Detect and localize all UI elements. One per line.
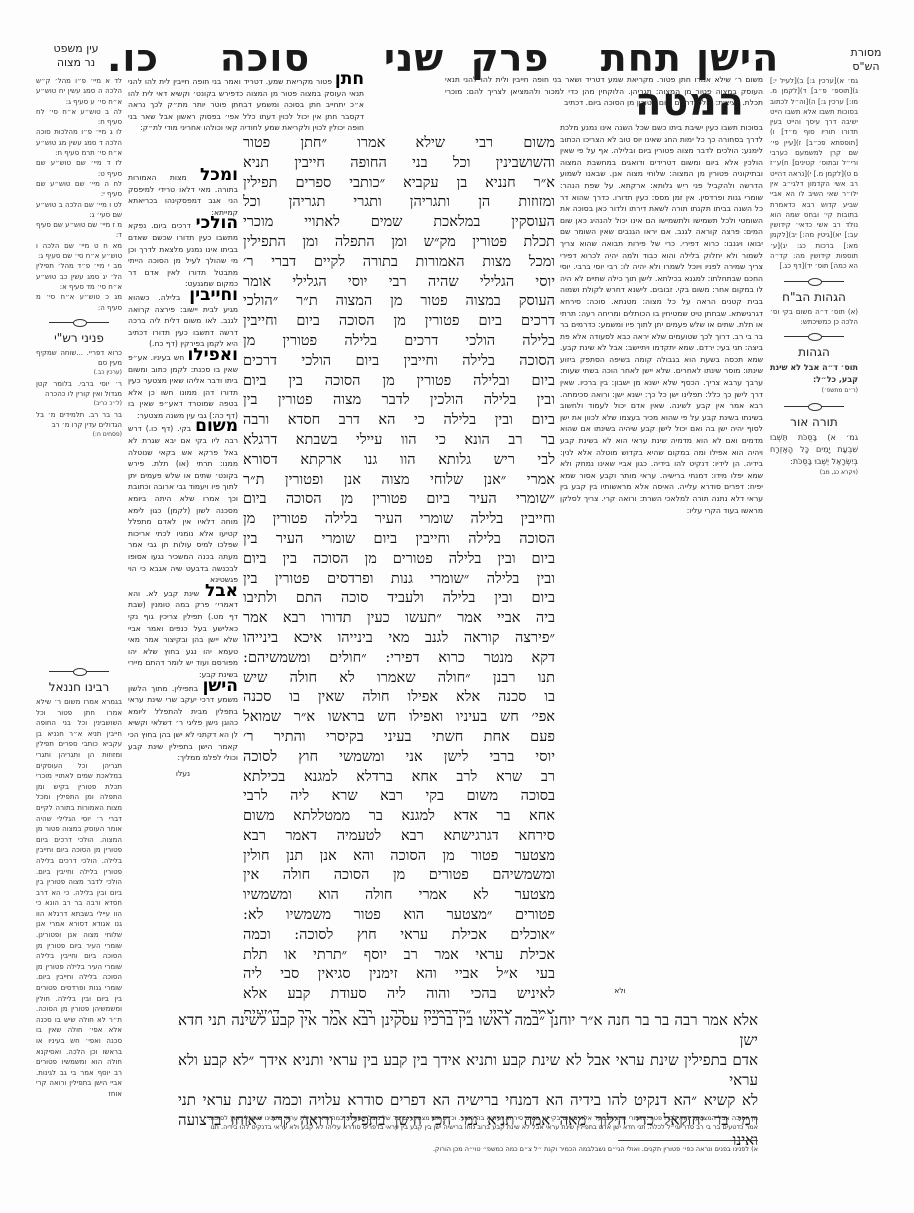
rabbeinu-chananel-title: רבינו חננאל <box>36 680 122 694</box>
bottom-note-line: מן הסוכה אבל המצטער הוא לבדו פטור. ואמרי… <box>178 1114 758 1123</box>
gemara-line: בו סכנה אלא אפילו חולה שאין בו סכנה <box>243 688 555 708</box>
torah-or-source: (ויקרא כג, מב) <box>770 468 858 478</box>
gemara-line: העוסק במצוה פטור מן המצוה ת״ר ״הולכי <box>243 292 555 312</box>
gemara-text: משום רבי שילא אמרו ״חתן פטורוהשושבינין ו… <box>243 134 555 1014</box>
tosafot-text: בסוכות תשבו כעין ישיבת ביתו כשם שכל השנה… <box>560 122 763 516</box>
gemara-line: ״שומרי העיר ביום פטורין מן הסוכה ביום <box>243 490 555 510</box>
gemara-line: אכילת עראי אמר רב יוסף ״תרתי או תלת <box>243 946 555 966</box>
ein-mishpat-entry: מ ז מיי׳ שם טוש״ע שם סעיף ד: <box>36 220 122 241</box>
gemara-line: בלילה הולכי דרכים בלילה פטורין מן <box>243 332 555 352</box>
ein-mishpat-entry: לח ה מיי׳ שם טוש״ע שם סעיף י: <box>36 179 122 200</box>
tosafot-end-word: ולא <box>600 985 640 997</box>
gemara-line: בסוכה משום בקי רבא שרא ליה לרבי <box>243 787 555 807</box>
gemara-line: והשושבינין וכל בני החופה חייבין תניא <box>243 154 555 174</box>
ein-mishpat-entry: לט ו מיי׳ שם הלכה ב טוש״ע שם סעי׳ ג: <box>36 200 122 221</box>
rashi-gloss-title: פניני רש"י <box>36 331 122 345</box>
gemara-column: משום רבי שילא אמרו ״חתן פטורוהשושבינין ו… <box>243 134 555 1014</box>
hagahot-title: הגהות <box>770 345 858 359</box>
rashi-section: אבל שינת קבע לא. והא דאמרי׳ פרק במה טומנ… <box>128 586 238 681</box>
rashi-end-word: נעלו <box>128 768 238 780</box>
rabbeinu-chananel-column: רבינו חננאל בגמרא אמרו משום ר׳ שילא אמרו… <box>36 662 122 1100</box>
ornament-divider <box>49 319 109 325</box>
rashi-section: משום בקי. (דף כו.) דרש רבה ליו בקי אם יב… <box>128 421 238 585</box>
masoret-hashas-column: גמ׳ א)[ערכין ג:] ב)[לעיל י:] ג)[תוספ׳ פ״… <box>770 76 858 478</box>
ein-mishpat-column: לד א מיי׳ פ״ו מהל׳ ק״ש הלכה ה סמג עשין י… <box>36 76 122 441</box>
gemara-line: ביום ובין בלילה פטורים מן הסוכה בין ביום <box>243 550 555 570</box>
ein-mishpat-entry: לו ג מיי׳ פ״ו מהלכות סוכה הלכה ד סמג עשי… <box>36 127 122 158</box>
gemara-line: לבי ריש גלותא הוו גנו ארקתא דסורא <box>243 451 555 471</box>
gemara-line: רב שרא לרב אחא ברדלא למגנא בכילתא <box>243 768 555 788</box>
hagahot-bach-text: (א) תוס׳ ד״ה משום בקי וס׳ הלכה כן כמשיכת… <box>770 307 858 328</box>
rashi-column: חתן פטור מקריאת שמע. דטריד ואמר בני חופה… <box>128 74 364 134</box>
ein-mishpat-entry: מג כ טוש״ע א״ח סי׳ מ סעיף ה: <box>36 292 122 313</box>
gemara-line: בעי א״ל אביי והא זימנין סגיאין סבי ליה <box>243 965 555 985</box>
gemara-line: משום רבי שילא אמרו ״חתן פטור <box>243 134 555 154</box>
gemara-line: ״פירצה קוראה לגנב מאי בינייהו איכא ביניי… <box>243 629 555 649</box>
rabbeinu-chananel-text: בגמרא אמרו משום ר׳ שילא אמרו חתן פטור וכ… <box>36 697 122 1100</box>
gemara-line: מצטער פטור מן הסוכה והא אנן תנן חולין <box>243 847 555 867</box>
hagahot-text: תוס׳ ד״ה אבל לא שינת קבע, כל״ל: <box>770 362 858 386</box>
gemara-line: ומזוזות הן ותגריהן ותגרי תגריהן וכל <box>243 193 555 213</box>
gemara-line: הסוכה בלילה וחייבין ביום הולכי דרכים <box>243 352 555 372</box>
rashi-section: וחייבין בלילה. כשהוא מגיע לבית יישוב: פי… <box>128 290 238 350</box>
rashi-section: הישן בתפילין. מתוך הלשון משמע דרכי יעקב … <box>128 681 238 764</box>
gemara-line: יוסי ברבי לישן אני ומשמשי חוץ לסוכה <box>243 748 555 768</box>
ein-mishpat-entry: לד א מיי׳ פ״ו מהל׳ ק״ש הלכה ה סמג עשין י… <box>36 76 122 107</box>
gemara-line: ומכל מצות האמורות בתורה לקיים דברי ר׳ <box>243 253 555 273</box>
gemara-line: מצטער לא אמרי חולה הוא ומשמשיו <box>243 886 555 906</box>
gemara-line: בר רב הונא כי הוו עיילי בשבתא דרגלא <box>243 431 555 451</box>
gemara-line: לאיניש בהכי והוה ליה סעודת קבע אלא <box>243 985 555 1005</box>
footnote: א) לפנינו בפנים ונראה כפי׳ פטורין תקנים.… <box>178 1145 758 1154</box>
gemara-line: הסוכה בלילה וחייבין ביום שומרי העיר בין <box>243 530 555 550</box>
ein-mishpat-entry: לה ב טוש״ע א״ח סי׳ לח סעיף ח: <box>36 107 122 128</box>
hagahot-note: (ר״ם מתשפ׳) <box>770 386 858 396</box>
torah-or-text: גמ׳ א) בַּסֻּכֹּת תֵּשְׁבוּ שִׁבְעַת יָמ… <box>770 432 858 468</box>
masoret-hashas-title: מסורת הש"ס <box>836 46 896 74</box>
rashi-section: הולכי דרכים ביום. נפקא מתשבו כעין תדורו … <box>128 218 238 290</box>
gemara-line: אחא בר אדא למגנא בר ממטללתא משום <box>243 807 555 827</box>
torah-or-title: תורה אור <box>770 415 858 429</box>
gemara-line: ובין בלילה הולכין לדבר מצוה פטורין בין <box>243 391 555 411</box>
rashi-column-narrow: ומכל מצות האמורות בתורה. מאי דלאו טרידי … <box>128 170 238 779</box>
gemara-line: תכלת פטורין מק״ש ומן התפלה ומן התפילין <box>243 233 555 253</box>
tosafot-column: בסוכות תשבו כעין ישיבת ביתו כשם שכל השנה… <box>560 122 763 992</box>
ornament-divider <box>784 278 844 284</box>
gemara-line: אפי׳ חש בעיניו ואפילו חש בראשו א״ר שמואל <box>243 708 555 728</box>
gemara-line: אמרי ״אנן שלוחי מצוה אנן ופטורין ת״ר <box>243 471 555 491</box>
gemara-line: ביום ובין בלילה כי הא דרב חסדא ורבה <box>243 411 555 431</box>
rashi-section: ואפילו חש בעיניו. אע״פ שאין בו סכנת: לקמ… <box>128 350 238 422</box>
ein-mishpat-title: עין משפט נר מצוה <box>36 42 116 70</box>
ein-mishpat-entry: מב י מיי׳ פ״ד מהל׳ תפילין הל׳ יג סמג עשי… <box>36 261 122 292</box>
gemara-line: ומשמשיהם פטורים מן הסוכה חולה אין <box>243 866 555 886</box>
bottom-note-line: אמר כדטעים בר בי רב סדר וגי״ל לכלה. תני … <box>178 1123 758 1132</box>
gemara-line: וחייבין בלילה שומרי העיר בלילה פטורין מן <box>243 510 555 530</box>
gemara-line: תנו רבנן ״חולה שאמרו לא חולה שיש <box>243 669 555 689</box>
gemara-line: ביום ובלילה פטורין מן הסוכה בין ביום <box>243 372 555 392</box>
gemara-line: ״אוכלים אכילת עראי חוץ לסוכה: וכמה <box>243 926 555 946</box>
bottom-notes: מן הסוכה אבל המצטער הוא לבדו פטור. ואמרי… <box>178 1114 758 1154</box>
rashi-section: חתן פטור מקריאת שמע. דטריד ואמר בני חופה… <box>128 74 364 134</box>
gemara-line: דרכים ביום פטורין מן הסוכה ביום וחייבין <box>243 312 555 332</box>
gemara-line: פעם אחת חשתי בעיני בקיסרי והתיר ר׳ <box>243 728 555 748</box>
ornament-divider <box>49 668 109 674</box>
gemara-line: ובין בלילה ״שומרי גנות ופרדסים פטורין בי… <box>243 570 555 590</box>
gemara-line: העוסקין במלאכת שמים לאתויי מוכרי <box>243 213 555 233</box>
gemara-line: יוסי הגלילי שהיה רבי יוסי הגלילי אומר <box>243 273 555 293</box>
masoret-hashas-entries: גמ׳ א)[ערכין ג:] ב)[לעיל י:] ג)[תוספ׳ פ״… <box>770 76 858 272</box>
hagahot-bach-title: הגהות הב"ח <box>770 290 858 304</box>
gemara-line: ביום ובין בלילה ולעביד סוכה התם ולתיבו <box>243 589 555 609</box>
ornament-divider <box>784 333 844 339</box>
ornament-divider <box>784 403 844 409</box>
gemara-line: א״ר חנניא בן עקביא ״כותבי ספרים תפילין <box>243 174 555 194</box>
gemara-line: סירחא דגרגישתא רבא לטעמיה דאמר רבא <box>243 827 555 847</box>
gemara-line: דקא מנטר כרוא דפירי: ״חולים ומשמשיהם: <box>243 649 555 669</box>
footnote-rule <box>618 1140 758 1141</box>
perek-number: שני <box>374 36 454 80</box>
rashi-section: ומכל מצות האמורות בתורה. מאי דלאו טרידי … <box>128 170 238 218</box>
gemara-line: ביה אביי אמר ״תעשו כעין תדורו רבא אמר <box>243 609 555 629</box>
tosafot-intro: משום ר׳ שילא אמרו חתן פטור. מקריאת שמע ד… <box>445 74 763 109</box>
ein-mishpat-entry: לז ד מיי׳ שם טוש״ע שם סעיף ט: <box>36 158 122 179</box>
ein-mishpat-entry: מא ח ט מיי׳ שם הלכה ו טוש״ע א״ח סי׳ שם ס… <box>36 241 122 262</box>
gemara-line: פטורים ״מצטער הוא פטור משמשיו לא: <box>243 906 555 926</box>
